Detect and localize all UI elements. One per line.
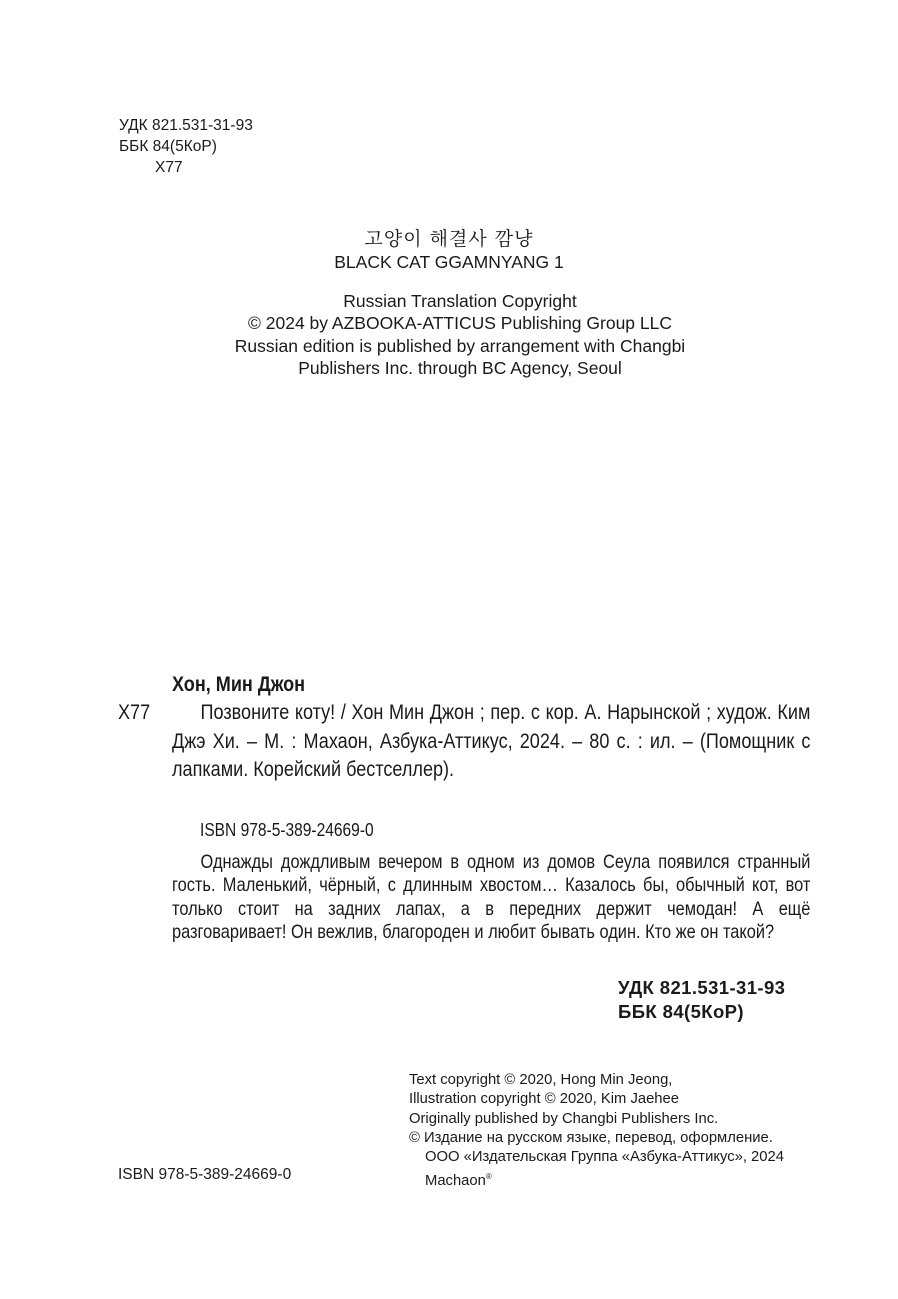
rights-line: Russian edition is published by arrangem… [200, 335, 720, 357]
copyright-line: Originally published by Changbi Publishe… [409, 1110, 784, 1129]
registered-trademark-icon: ® [486, 1172, 492, 1181]
copyright-line: ООО «Издательская Группа «Азбука-Аттикус… [409, 1148, 784, 1167]
english-original-title: BLACK CAT GGAMNYANG 1 [0, 250, 898, 274]
rights-line: Russian Translation Copyright [200, 290, 720, 312]
catalog-description: Позвоните коту! / Хон Мин Джон ; пер. с … [172, 698, 810, 784]
copyright-notice: Text copyright © 2020, Hong Min Jeong, I… [409, 1071, 784, 1192]
footer-isbn: ISBN 978-5-389-24669-0 [118, 1165, 291, 1185]
catalog-udk: УДК 821.531-31-93 [618, 976, 785, 1000]
catalog-classification: УДК 821.531-31-93 ББК 84(5КоР) [618, 976, 785, 1024]
copyright-line: Illustration copyright © 2020, Kim Jaehe… [409, 1090, 784, 1109]
rights-line: © 2024 by AZBOOKA-ATTICUS Publishing Gro… [200, 312, 720, 334]
author-sign: Х77 [119, 157, 253, 178]
rights-line: Publishers Inc. through BC Agency, Seoul [200, 357, 720, 379]
catalog-author-sign: Х77 [118, 698, 150, 726]
catalog-isbn: ISBN 978-5-389-24669-0 [200, 818, 374, 842]
brand-name: Machaon [425, 1173, 486, 1189]
catalog-annotation: Однажды дождливым вечером в одном из дом… [172, 851, 810, 944]
translation-rights: Russian Translation Copyright © 2024 by … [200, 290, 720, 379]
classification-block: УДК 821.531-31-93 ББК 84(5КоР) Х77 [119, 115, 253, 178]
korean-original-title: 고양이 해결사 깜냥 [0, 226, 898, 252]
udk-code: УДК 821.531-31-93 [119, 115, 253, 136]
publisher-brand: Machaon® [409, 1167, 784, 1191]
copyright-line: © Издание на русском языке, перевод, офо… [409, 1129, 784, 1148]
bbk-code: ББК 84(5КоР) [119, 136, 253, 157]
catalog-author-heading: Хон, Мин Джон [172, 670, 305, 698]
catalog-bbk: ББК 84(5КоР) [618, 1000, 785, 1024]
copyright-line: Text copyright © 2020, Hong Min Jeong, [409, 1071, 784, 1090]
